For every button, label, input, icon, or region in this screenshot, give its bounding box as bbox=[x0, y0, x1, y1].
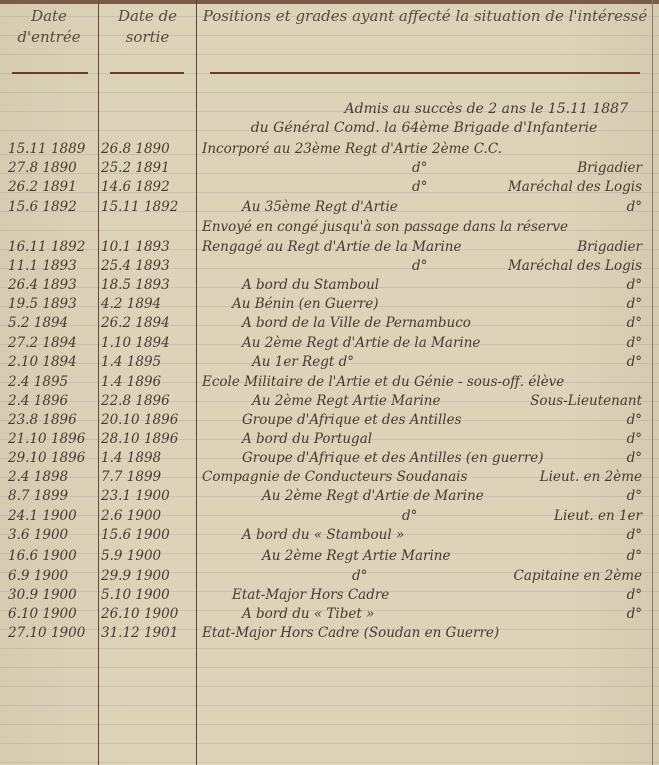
date-entree: 27.8 1890 bbox=[8, 159, 96, 178]
position-text: Etat-Major Hors Cadre bbox=[232, 586, 389, 605]
date-sortie: 18.5 1893 bbox=[101, 276, 195, 295]
grade-text: Maréchal des Logis bbox=[508, 178, 642, 197]
date-sortie: 23.1 1900 bbox=[101, 487, 195, 506]
grade-text: d° bbox=[627, 449, 642, 468]
table-row: 5.2 189426.2 1894A bord de la Ville de P… bbox=[0, 314, 659, 333]
position-text: A bord du Portugal bbox=[242, 430, 372, 449]
position-text: Au 35ème Regt d'Artie bbox=[242, 198, 398, 217]
table-row: 15.6 189215.11 1892Au 35ème Regt d'Artie… bbox=[0, 198, 659, 217]
date-sortie: 1.4 1895 bbox=[101, 353, 195, 372]
grade-text: d° bbox=[627, 276, 642, 295]
date-sortie: 31.12 1901 bbox=[101, 624, 195, 643]
header-underline-2 bbox=[110, 72, 184, 74]
table-row: 26.4 189318.5 1893A bord du Stambould° bbox=[0, 276, 659, 295]
intro-line-2: du Général Comd. la 64ème Brigade d'Infa… bbox=[200, 120, 648, 136]
date-entree: 5.2 1894 bbox=[8, 314, 96, 333]
position-text: Compagnie de Conducteurs Soudanais bbox=[202, 468, 467, 487]
position-text: Au 1er Regt d° bbox=[252, 353, 354, 372]
table-row: 30.9 19005.10 1900Etat-Major Hors Cadred… bbox=[0, 586, 659, 605]
grade-text: Lieut. en 1er bbox=[554, 507, 642, 526]
table-row: 23.8 189620.10 1896Groupe d'Afrique et d… bbox=[0, 411, 659, 430]
table-row: 27.2 18941.10 1894Au 2ème Regt d'Artie d… bbox=[0, 334, 659, 353]
date-sortie: 1.4 1898 bbox=[101, 449, 195, 468]
position-text: d° bbox=[402, 507, 417, 526]
date-sortie: 26.8 1890 bbox=[101, 140, 195, 159]
table-row: 16.11 189210.1 1893Rengagé au Regt d'Art… bbox=[0, 238, 659, 257]
position-text: Groupe d'Afrique et des Antilles bbox=[242, 411, 462, 430]
position-text: Au 2ème Regt d'Artie de la Marine bbox=[242, 334, 480, 353]
date-entree: 8.7 1899 bbox=[8, 487, 96, 506]
date-entree: 6.9 1900 bbox=[8, 567, 96, 586]
header-date-entree: Date d'entrée bbox=[0, 6, 98, 76]
table-row: 19.5 18934.2 1894Au Bénin (en Guerre)d° bbox=[0, 295, 659, 314]
position-text: Ecole Militaire de l'Artie et du Génie -… bbox=[202, 373, 564, 392]
date-sortie: 22.8 1896 bbox=[101, 392, 195, 411]
position-text: Etat-Major Hors Cadre (Soudan en Guerre) bbox=[202, 624, 499, 643]
date-entree: 2.4 1898 bbox=[8, 468, 96, 487]
date-entree: 2.4 1896 bbox=[8, 392, 96, 411]
grade-text: d° bbox=[627, 547, 642, 566]
position-text: Au Bénin (en Guerre) bbox=[232, 295, 379, 314]
date-sortie: 25.4 1893 bbox=[101, 257, 195, 276]
header-date-sortie: Date de sortie bbox=[99, 6, 196, 76]
position-text: A bord de la Ville de Pernambuco bbox=[242, 314, 471, 333]
grade-text: d° bbox=[627, 487, 642, 506]
date-entree: 27.10 1900 bbox=[8, 624, 96, 643]
date-sortie: 15.6 1900 bbox=[101, 526, 195, 545]
date-sortie: 5.9 1900 bbox=[101, 547, 195, 566]
position-text: Au 2ème Regt Artie Marine bbox=[262, 547, 450, 566]
date-sortie: 25.2 1891 bbox=[101, 159, 195, 178]
date-sortie: 5.10 1900 bbox=[101, 586, 195, 605]
table-row: 24.1 19002.6 1900d°Lieut. en 1er bbox=[0, 507, 659, 526]
intro-line-1: Admis au succès de 2 ans le 15.11 1887 bbox=[200, 101, 648, 117]
table-row: 27.8 189025.2 1891d°Brigadier bbox=[0, 159, 659, 178]
table-row: 3.6 190015.6 1900A bord du « Stamboul »d… bbox=[0, 526, 659, 545]
grade-text: d° bbox=[627, 586, 642, 605]
date-sortie: 15.11 1892 bbox=[101, 198, 195, 217]
grade-text: d° bbox=[627, 411, 642, 430]
grade-text: d° bbox=[627, 198, 642, 217]
grade-text: d° bbox=[627, 295, 642, 314]
date-entree: 24.1 1900 bbox=[8, 507, 96, 526]
grade-text: d° bbox=[627, 353, 642, 372]
grade-text: Brigadier bbox=[577, 159, 642, 178]
table-row: 26.2 189114.6 1892d°Maréchal des Logis bbox=[0, 178, 659, 197]
date-entree: 27.2 1894 bbox=[8, 334, 96, 353]
table-row: 16.6 19005.9 1900Au 2ème Regt Artie Mari… bbox=[0, 547, 659, 566]
grade-text: d° bbox=[627, 334, 642, 353]
date-sortie: 26.2 1894 bbox=[101, 314, 195, 333]
position-text: A bord du « Tibet » bbox=[242, 605, 374, 624]
date-sortie: 10.1 1893 bbox=[101, 238, 195, 257]
date-entree: 11.1 1893 bbox=[8, 257, 96, 276]
header-underline-3 bbox=[210, 72, 640, 74]
table-row: 2.4 189622.8 1896Au 2ème Regt Artie Mari… bbox=[0, 392, 659, 411]
grade-text: Lieut. en 2ème bbox=[540, 468, 642, 487]
table-row: 6.9 190029.9 1900d°Capitaine en 2ème bbox=[0, 567, 659, 586]
date-entree: 29.10 1896 bbox=[8, 449, 96, 468]
date-entree: 2.4 1895 bbox=[8, 373, 96, 392]
position-text: d° bbox=[412, 159, 427, 178]
table-row: 8.7 189923.1 1900Au 2ème Regt d'Artie de… bbox=[0, 487, 659, 506]
grade-text: Capitaine en 2ème bbox=[514, 567, 642, 586]
table-row: 2.10 18941.4 1895Au 1er Regt d°d° bbox=[0, 353, 659, 372]
table-row: 15.11 188926.8 1890Incorporé au 23ème Re… bbox=[0, 140, 659, 159]
date-entree: 2.10 1894 bbox=[8, 353, 96, 372]
date-entree: 30.9 1900 bbox=[8, 586, 96, 605]
table-row: 29.10 18961.4 1898Groupe d'Afrique et de… bbox=[0, 449, 659, 468]
date-entree: 19.5 1893 bbox=[8, 295, 96, 314]
grade-text: d° bbox=[627, 526, 642, 545]
position-text: A bord du « Stamboul » bbox=[242, 526, 404, 545]
date-entree: 16.6 1900 bbox=[8, 547, 96, 566]
date-sortie: 29.9 1900 bbox=[101, 567, 195, 586]
date-entree: 23.8 1896 bbox=[8, 411, 96, 430]
date-sortie: 1.4 1896 bbox=[101, 373, 195, 392]
table-row: 2.4 18951.4 1896Ecole Militaire de l'Art… bbox=[0, 373, 659, 392]
ledger-page: Date d'entrée Date de sortie Positions e… bbox=[0, 0, 659, 765]
date-sortie: 4.2 1894 bbox=[101, 295, 195, 314]
position-text: Incorporé au 23ème Regt d'Artie 2ème C.C… bbox=[202, 140, 502, 159]
position-text: d° bbox=[412, 257, 427, 276]
date-sortie: 2.6 1900 bbox=[101, 507, 195, 526]
date-entree: 15.11 1889 bbox=[8, 140, 96, 159]
date-entree: 6.10 1900 bbox=[8, 605, 96, 624]
grade-text: Maréchal des Logis bbox=[508, 257, 642, 276]
date-sortie: 28.10 1896 bbox=[101, 430, 195, 449]
date-sortie: 14.6 1892 bbox=[101, 178, 195, 197]
grade-text: d° bbox=[627, 605, 642, 624]
date-sortie: 7.7 1899 bbox=[101, 468, 195, 487]
date-sortie: 1.10 1894 bbox=[101, 334, 195, 353]
table-row: 21.10 189628.10 1896A bord du Portugald° bbox=[0, 430, 659, 449]
table-row: 6.10 190026.10 1900A bord du « Tibet »d° bbox=[0, 605, 659, 624]
header-underline-1 bbox=[12, 72, 88, 74]
position-text: Envoyé en congé jusqu'à son passage dans… bbox=[202, 218, 568, 237]
table-row: 2.4 18987.7 1899Compagnie de Conducteurs… bbox=[0, 468, 659, 487]
grade-text: Brigadier bbox=[577, 238, 642, 257]
position-text: Rengagé au Regt d'Artie de la Marine bbox=[202, 238, 462, 257]
position-text: d° bbox=[352, 567, 367, 586]
date-entree: 21.10 1896 bbox=[8, 430, 96, 449]
position-text: A bord du Stamboul bbox=[242, 276, 379, 295]
date-entree: 16.11 1892 bbox=[8, 238, 96, 257]
date-entree: 15.6 1892 bbox=[8, 198, 96, 217]
date-sortie: 20.10 1896 bbox=[101, 411, 195, 430]
position-text: Au 2ème Regt Artie Marine bbox=[252, 392, 440, 411]
position-text: Groupe d'Afrique et des Antilles (en gue… bbox=[242, 449, 544, 468]
grade-text: d° bbox=[627, 430, 642, 449]
date-entree: 26.2 1891 bbox=[8, 178, 96, 197]
grade-text: Sous-Lieutenant bbox=[530, 392, 642, 411]
header-positions-grades: Positions et grades ayant affecté la sit… bbox=[200, 6, 650, 76]
position-text: d° bbox=[412, 178, 427, 197]
table-row: 11.1 189325.4 1893d°Maréchal des Logis bbox=[0, 257, 659, 276]
date-entree: 3.6 1900 bbox=[8, 526, 96, 545]
date-sortie: 26.10 1900 bbox=[101, 605, 195, 624]
table-row: Envoyé en congé jusqu'à son passage dans… bbox=[0, 218, 659, 237]
grade-text: d° bbox=[627, 314, 642, 333]
table-row: 27.10 190031.12 1901Etat-Major Hors Cadr… bbox=[0, 624, 659, 643]
position-text: Au 2ème Regt d'Artie de Marine bbox=[262, 487, 484, 506]
date-entree: 26.4 1893 bbox=[8, 276, 96, 295]
